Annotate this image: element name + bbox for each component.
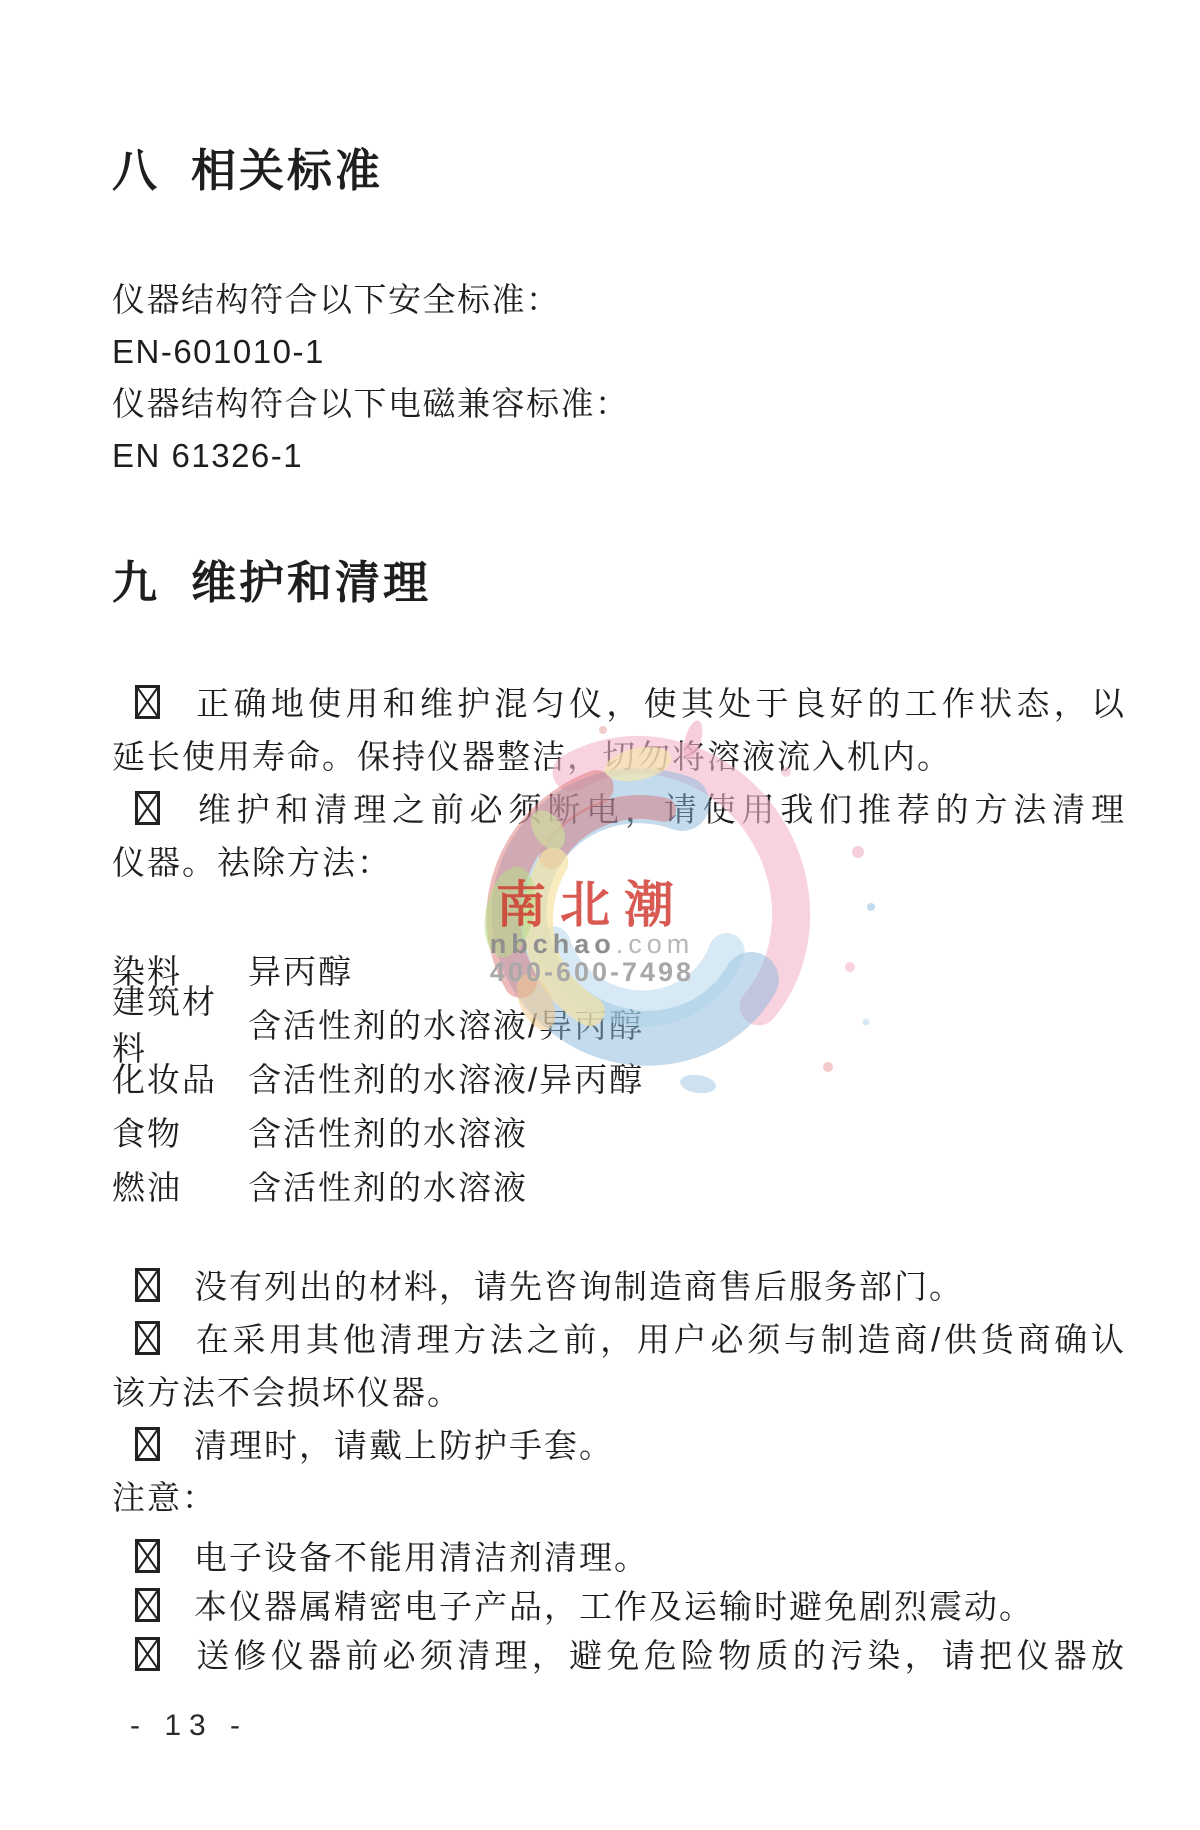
- bullet-line: 送修仪器前必须清理，避免危险物质的污染，请把仪器放: [112, 1631, 1126, 1680]
- boxed-x-bullet-icon: [135, 1427, 160, 1461]
- bullet-line: 在采用其他清理方法之前，用户必须与制造商/供货商确认: [112, 1313, 1126, 1366]
- standards-block: 仪器结构符合以下安全标准： EN-601010-1 仪器结构符合以下电磁兼容标准…: [112, 274, 1126, 482]
- bullet-line: 延长使用寿命。保持仪器整洁，切勿将溶液流入机内。: [112, 730, 1126, 783]
- standards-line: 仪器结构符合以下电磁兼容标准：: [112, 378, 1126, 430]
- boxed-x-bullet-icon: [135, 1321, 160, 1355]
- agent-cell: 含活性剂的水溶液: [248, 1162, 528, 1209]
- maintenance-warnings-block: 没有列出的材料，请先咨询制造商售后服务部门。 在采用其他清理方法之前，用户必须与…: [112, 1260, 1126, 1472]
- standards-line: EN 61326-1: [112, 430, 1126, 482]
- bullet-line: 电子设备不能用清洁剂清理。: [112, 1533, 1126, 1582]
- agent-cell: 异丙醇: [248, 946, 353, 993]
- table-row: 化妆品 含活性剂的水溶液/异丙醇: [112, 1050, 1126, 1104]
- note-label-block: 注意：: [112, 1473, 1126, 1523]
- section9-title: 九 维护和清理: [112, 558, 431, 608]
- standards-line: EN-601010-1: [112, 326, 1126, 378]
- bullet-line: 该方法不会损坏仪器。: [112, 1366, 1126, 1419]
- table-row: 食物 含活性剂的水溶液: [112, 1104, 1126, 1158]
- bullet-line: 清理时，请戴上防护手套。: [112, 1419, 1126, 1472]
- agent-cell: 含活性剂的水溶液: [248, 1108, 528, 1155]
- bullet-text: 正确地使用和维护混匀仪，使其处于良好的工作状态，以: [194, 685, 1126, 722]
- section8-title: 八 相关标准: [112, 146, 383, 196]
- bullet-text: 维护和清理之前必须断电，请使用我们推荐的方法清理: [194, 791, 1126, 828]
- bullet-line: 正确地使用和维护混匀仪，使其处于良好的工作状态，以: [112, 677, 1126, 730]
- boxed-x-bullet-icon: [135, 1539, 160, 1573]
- table-row: 染料 异丙醇: [112, 942, 1126, 996]
- table-row: 燃油 含活性剂的水溶液: [112, 1158, 1126, 1212]
- cleaning-table: 染料 异丙醇 建筑材料 含活性剂的水溶液/异丙醇 化妆品 含活性剂的水溶液/异丙…: [112, 942, 1126, 1212]
- note-label: 注意：: [112, 1473, 1126, 1523]
- bullet-line: 仪器。祛除方法：: [112, 836, 1126, 889]
- bullet-line: 本仪器属精密电子产品，工作及运输时避免剧烈震动。: [112, 1582, 1126, 1631]
- bullet-text: 清理时，请戴上防护手套。: [194, 1427, 614, 1464]
- agent-cell: 含活性剂的水溶液/异丙醇: [248, 1000, 644, 1047]
- boxed-x-bullet-icon: [135, 685, 160, 719]
- bullet-text: 在采用其他清理方法之前，用户必须与制造商/供货商确认: [194, 1321, 1126, 1358]
- material-cell: 化妆品: [112, 1054, 248, 1101]
- note-bullets-block: 电子设备不能用清洁剂清理。 本仪器属精密电子产品，工作及运输时避免剧烈震动。 送…: [112, 1533, 1126, 1680]
- boxed-x-bullet-icon: [135, 791, 160, 825]
- bullet-text: 没有列出的材料，请先咨询制造商售后服务部门。: [194, 1268, 964, 1305]
- agent-cell: 含活性剂的水溶液/异丙醇: [248, 1054, 644, 1101]
- standards-line: 仪器结构符合以下安全标准：: [112, 274, 1126, 326]
- material-cell: 燃油: [112, 1162, 248, 1209]
- bullet-line: 维护和清理之前必须断电，请使用我们推荐的方法清理: [112, 783, 1126, 836]
- boxed-x-bullet-icon: [135, 1268, 160, 1302]
- bullet-line: 没有列出的材料，请先咨询制造商售后服务部门。: [112, 1260, 1126, 1313]
- manual-page: 八 相关标准 仪器结构符合以下安全标准： EN-601010-1 仪器结构符合以…: [0, 0, 1200, 1830]
- bullet-text: 送修仪器前必须清理，避免危险物质的污染，请把仪器放: [194, 1637, 1126, 1674]
- bullet-text: 电子设备不能用清洁剂清理。: [194, 1539, 649, 1576]
- maintenance-intro-block: 正确地使用和维护混匀仪，使其处于良好的工作状态，以 延长使用寿命。保持仪器整洁，…: [112, 677, 1126, 889]
- boxed-x-bullet-icon: [135, 1637, 160, 1671]
- table-row: 建筑材料 含活性剂的水溶液/异丙醇: [112, 996, 1126, 1050]
- page-number: - 13 -: [130, 1706, 248, 1746]
- boxed-x-bullet-icon: [135, 1588, 160, 1622]
- bullet-text: 本仪器属精密电子产品，工作及运输时避免剧烈震动。: [194, 1588, 1034, 1625]
- material-cell: 食物: [112, 1108, 248, 1155]
